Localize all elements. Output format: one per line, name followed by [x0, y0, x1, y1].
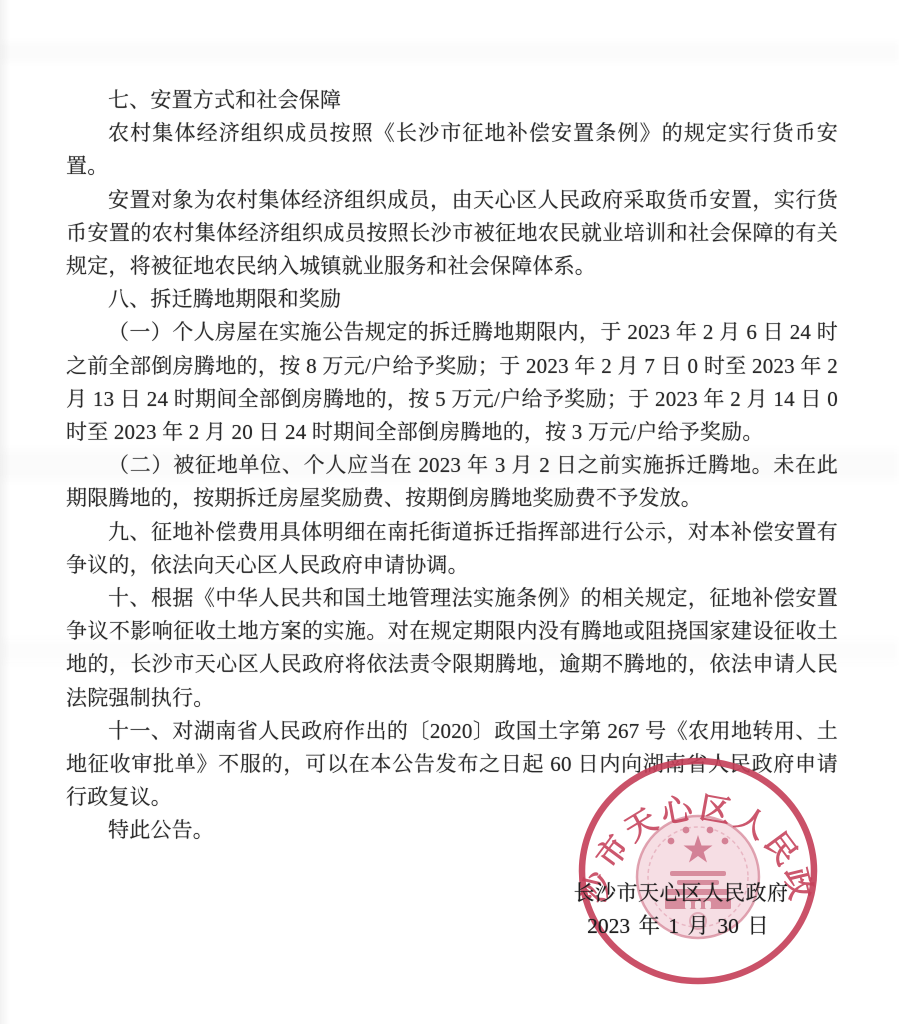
scanned-announcement-page: 七、安置方式和社会保障农村集体经济组织成员按照《长沙市征地补偿安置条例》的规定实…: [0, 0, 899, 1024]
scan-artifact: [0, 42, 899, 62]
paragraph: （二）被征地单位、个人应当在 2023 年 3 月 2 日之前实施拆迁腾地。未在…: [66, 449, 838, 515]
signature-authority: 长沙市天心区人民政府: [561, 877, 801, 907]
paragraph: 七、安置方式和社会保障: [66, 84, 838, 117]
paragraph: 农村集体经济组织成员按照《长沙市征地补偿安置条例》的规定实行货币安置。: [66, 117, 838, 183]
paragraph: 十一、对湖南省人民政府作出的〔2020〕政国土字第 267 号《农用地转用、土地…: [66, 715, 838, 815]
paragraph: 十、根据《中华人民共和国土地管理法实施条例》的相关规定，征地补偿安置争议不影响征…: [66, 582, 838, 715]
announcement-body: 七、安置方式和社会保障农村集体经济组织成员按照《长沙市征地补偿安置条例》的规定实…: [66, 84, 838, 848]
paragraph: （一）个人房屋在实施公告规定的拆迁腾地期限内，于 2023 年 2 月 6 日 …: [66, 316, 838, 449]
paragraph: 八、拆迁腾地期限和奖励: [66, 283, 838, 316]
signature-date: 2023 年 1 月 30 日: [558, 909, 798, 940]
scan-edge-shadow: [0, 0, 10, 1024]
paragraph: 特此公告。: [66, 814, 838, 847]
paragraph: 安置对象为农村集体经济组织成员，由天心区人民政府采取货币安置，实行货币安置的农村…: [66, 184, 838, 284]
paragraph: 九、征地补偿费用具体明细在南托街道拆迁指挥部进行公示，对本补偿安置有争议的，依法…: [66, 516, 838, 582]
